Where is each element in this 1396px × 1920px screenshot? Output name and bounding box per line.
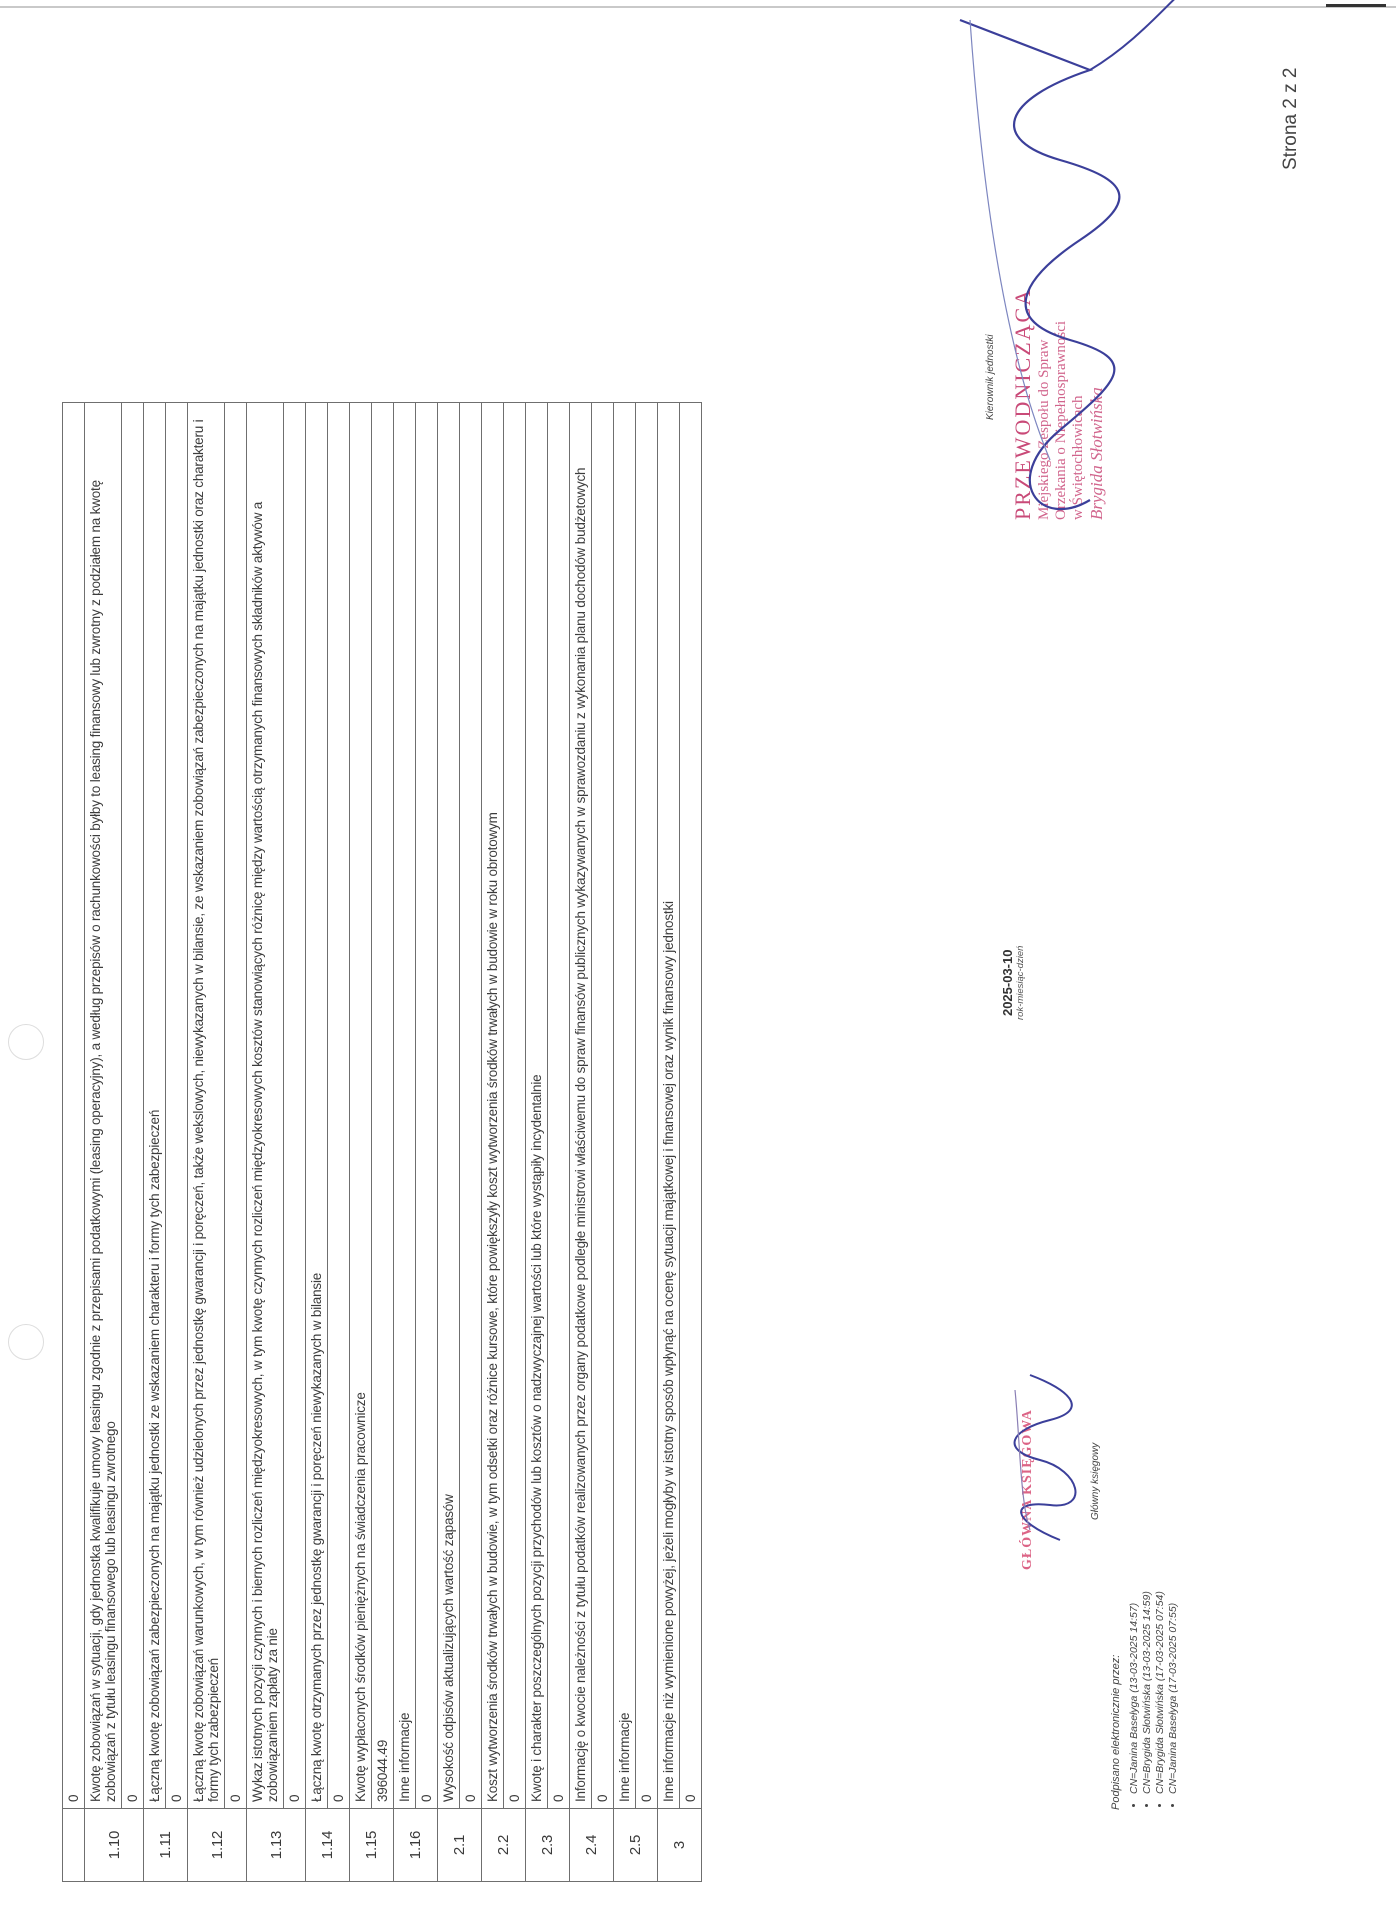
- row-value: 0: [592, 403, 614, 1809]
- row-number: 1.16: [394, 1809, 438, 1882]
- row-number: 1.13: [247, 1809, 306, 1882]
- table-row: 2.5Inne informacje: [614, 403, 636, 1882]
- punch-hole: [8, 1024, 44, 1060]
- notes-table: 01.10Kwotę zobowiązań w sytuacji, gdy je…: [62, 402, 702, 1882]
- row-label: Kwotę wypłaconych środków pieniężnych na…: [350, 403, 372, 1809]
- row-value: 0: [416, 403, 438, 1809]
- row-value: 0: [63, 403, 85, 1809]
- row-label: Koszt wytworzenia środków trwałych w bud…: [482, 403, 504, 1809]
- table-row-value: 0: [504, 403, 526, 1882]
- table-row: 1.12Łączną kwotę zobowiązań warunkowych,…: [188, 403, 225, 1882]
- head-of-unit-signature: [940, 0, 1200, 540]
- table-row-value: 0: [460, 403, 482, 1882]
- table-row-value: 0: [328, 403, 350, 1882]
- row-value: 0: [636, 403, 658, 1809]
- row-value: 0: [504, 403, 526, 1809]
- table-row-value: 0: [416, 403, 438, 1882]
- table-row-value: 0: [592, 403, 614, 1882]
- table-row: 2.3Kwotę i charakter poszczególnych pozy…: [526, 403, 548, 1882]
- row-number: 1.11: [144, 1809, 188, 1882]
- table-row-value: 0: [548, 403, 570, 1882]
- scan-corner-mark: [1326, 4, 1386, 7]
- row-number: 2.5: [614, 1809, 658, 1882]
- table-row-value: 396044.49: [372, 403, 394, 1882]
- row-number: 2.2: [482, 1809, 526, 1882]
- row-value: 0: [680, 403, 702, 1809]
- row-number: 2.4: [570, 1809, 614, 1882]
- date-block: 2025-03-10 rok-miesiąc-dzień: [1000, 946, 1026, 1020]
- table-row: 1.13Wykaz istotnych pozycji czynnych i b…: [247, 403, 284, 1882]
- row-number: 2.1: [438, 1809, 482, 1882]
- signature-entry: CN=Brygida Słotwińska (13-03-2025 14:59): [1141, 1591, 1154, 1794]
- row-number: 1.10: [85, 1809, 144, 1882]
- row-label: Inne informacje: [614, 403, 636, 1809]
- row-value: 0: [328, 403, 350, 1809]
- row-value: 0: [284, 403, 306, 1809]
- table-row-value: 0: [680, 403, 702, 1882]
- row-label: Łączną kwotę zobowiązań warunkowych, w t…: [188, 403, 225, 1809]
- table-row: 3Inne informacje niż wymienione powyżej,…: [658, 403, 680, 1882]
- rotated-document-page: 01.10Kwotę zobowiązań w sytuacji, gdy je…: [0, 40, 1340, 1920]
- signed-by-title: Podpisano elektronicznie przez:: [1110, 1591, 1122, 1810]
- row-label: Inne informacje niż wymienione powyżej, …: [658, 403, 680, 1809]
- table-row-value: 0: [225, 403, 247, 1882]
- row-value: 396044.49: [372, 403, 394, 1809]
- chief-accountant-role: Główny księgowy: [1090, 1443, 1101, 1520]
- row-value: 0: [225, 403, 247, 1809]
- row-number: 2.3: [526, 1809, 570, 1882]
- table-row: 1.11Łączną kwotę zobowiązań zabezpieczon…: [144, 403, 166, 1882]
- row-number: 1.14: [306, 1809, 350, 1882]
- signature-entry: CN=Janina Basełyga (17-03-2025 07:55): [1167, 1591, 1180, 1794]
- punch-hole: [8, 1324, 44, 1360]
- table-row: 1.10Kwotę zobowiązań w sytuacji, gdy jed…: [85, 403, 122, 1882]
- date-caption: rok-miesiąc-dzień: [1015, 946, 1026, 1020]
- row-label: Kwotę i charakter poszczególnych pozycji…: [526, 403, 548, 1809]
- signature-entry: CN=Brygida Słotwińska (17-03-2025 07:54): [1154, 1591, 1167, 1794]
- table-row: 2.2Koszt wytworzenia środków trwałych w …: [482, 403, 504, 1882]
- row-label: Informację o kwocie należności z tytułu …: [570, 403, 592, 1809]
- row-value: 0: [122, 403, 144, 1809]
- row-label: Kwotę zobowiązań w sytuacji, gdy jednost…: [85, 403, 122, 1809]
- table-row-value: 0: [166, 403, 188, 1882]
- row-label: Łączną kwotę zobowiązań zabezpieczonych …: [144, 403, 166, 1809]
- table-row: 2.1Wysokość odpisów aktualizujących wart…: [438, 403, 460, 1882]
- table-row-value: 0: [122, 403, 144, 1882]
- row-number: 1.12: [188, 1809, 247, 1882]
- page-number: Strona 2 z 2: [1280, 68, 1302, 170]
- table-row: 1.15Kwotę wypłaconych środków pieniężnyc…: [350, 403, 372, 1882]
- row-value: 0: [548, 403, 570, 1809]
- row-number: 1.15: [350, 1809, 394, 1882]
- table-row: 2.4Informację o kwocie należności z tytu…: [570, 403, 592, 1882]
- table-row-value: 0: [284, 403, 306, 1882]
- row-label: Łączną kwotę otrzymanych przez jednostkę…: [306, 403, 328, 1809]
- row-label: Wykaz istotnych pozycji czynnych i biern…: [247, 403, 284, 1809]
- row-number: [63, 1809, 85, 1882]
- row-label: Wysokość odpisów aktualizujących wartość…: [438, 403, 460, 1809]
- electronic-signatures: Podpisano elektronicznie przez: CN=Janin…: [1110, 1591, 1180, 1810]
- row-number: 3: [658, 1809, 702, 1882]
- table-row: 1.16Inne informacje: [394, 403, 416, 1882]
- signature-entry: CN=Janina Basełyga (13-03-2025 14:57): [1128, 1591, 1141, 1794]
- row-value: 0: [460, 403, 482, 1809]
- table-row-value: 0: [636, 403, 658, 1882]
- row-value: 0: [166, 403, 188, 1809]
- document-date: 2025-03-10: [1000, 946, 1015, 1020]
- table-row-value: 0: [63, 403, 85, 1882]
- table-row: 1.14Łączną kwotę otrzymanych przez jedno…: [306, 403, 328, 1882]
- row-label: Inne informacje: [394, 403, 416, 1809]
